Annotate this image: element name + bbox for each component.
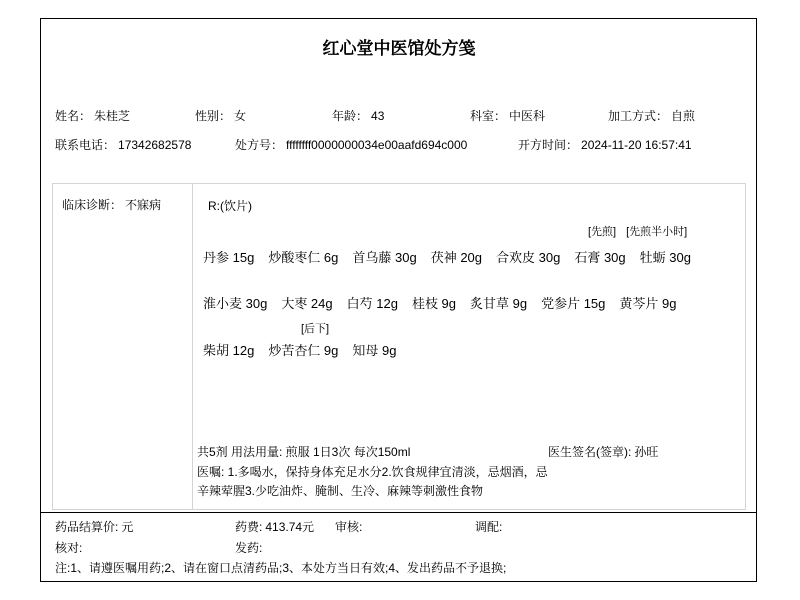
medicine-item: 石膏 30g (574, 250, 625, 265)
rx-header: R:(饮片) (208, 197, 252, 214)
field-settlement-price: 药品结算价:元 (55, 518, 133, 535)
medicine-item: 桂枝 9g (412, 296, 456, 311)
doctor-sign-value: 孙旺 (634, 445, 658, 459)
field-dispense: 发药: (235, 539, 262, 556)
field-diagnosis: 临床诊断：不寐病 (62, 196, 161, 213)
field-department: 科室：中医科 (470, 107, 545, 124)
medical-advice-line-2: 辛辣荤腥3.少吃油炸、腌制、生冷、麻辣等刺激性食物 (197, 482, 483, 499)
field-age: 年龄：43 (332, 107, 384, 124)
medicine-item: 知母 9g (352, 343, 396, 358)
age-value: 43 (371, 109, 384, 123)
field-fee: 药费:413.74元 (235, 518, 314, 535)
field-gender: 性别：女 (195, 107, 246, 124)
medicine-item: 炒酸枣仁 6g (268, 250, 338, 265)
diagnosis-value: 不寐病 (125, 198, 161, 212)
age-label: 年龄： (332, 109, 368, 123)
medicine-item: 大枣 24g (281, 296, 332, 311)
fee-value: 413.74元 (265, 520, 314, 534)
medicine-item: 牡蛎 30g (640, 250, 691, 265)
department-label: 科室： (470, 109, 506, 123)
prescription-box: 临床诊断：不寐病 R:(饮片) [先煎][先煎半小时] 丹参 15g炒酸枣仁 6… (52, 183, 746, 510)
field-patient-name: 姓名：朱桂芝 (55, 107, 130, 124)
page-title: 红心堂中医馆处方笺 (41, 34, 757, 59)
processing-label: 加工方式： (608, 109, 668, 123)
patient-name-label: 姓名： (55, 109, 91, 123)
medicine-item: 首乌藤 30g (352, 250, 416, 265)
medicine-item: 合欢皮 30g (496, 250, 560, 265)
medicine-item: 丹参 15g (203, 250, 254, 265)
fee-label: 药费: (235, 520, 262, 534)
field-rx-number: 处方号：ffffffff0000000034e00aafd694c000 (235, 136, 467, 153)
gender-value: 女 (234, 109, 246, 123)
medicine-item: 柴胡 12g (203, 343, 254, 358)
field-processing: 加工方式：自煎 (608, 107, 695, 124)
medicine-line-2: 淮小麦 30g大枣 24g白芍 12g桂枝 9g炙甘草 9g党参片 15g黄芩片… (203, 293, 690, 312)
medicine-item: 黄芩片 9g (619, 296, 676, 311)
medicine-item: 白芍 12g (347, 296, 398, 311)
field-check: 核对: (55, 539, 82, 556)
field-doctor-sign: 医生签名(签章):孙旺 (548, 443, 658, 460)
field-phone: 联系电话：17342682578 (55, 136, 191, 153)
settlement-value: 元 (121, 520, 133, 534)
field-issue-time: 开方时间：2024-11-20 16:57:41 (518, 136, 692, 153)
field-review: 审核: (335, 518, 362, 535)
footer-note: 注:1、请遵医嘱用药;2、请在窗口点清药品;3、本处方当日有效;4、发出药品不予… (55, 559, 506, 576)
decoction-note-houxia: [后下] (301, 320, 329, 336)
medicine-item: 淮小麦 30g (203, 296, 267, 311)
decoction-notes: [先煎][先煎半小时] (588, 223, 687, 239)
medicine-item: 炒苦杏仁 9g (268, 343, 338, 358)
gender-label: 性别： (195, 109, 231, 123)
processing-value: 自煎 (671, 109, 695, 123)
issue-time-label: 开方时间： (518, 138, 578, 152)
medicine-item: 党参片 15g (541, 296, 605, 311)
diagnosis-cell: 临床诊断：不寐病 (53, 184, 193, 509)
doctor-sign-label: 医生签名(签章): (548, 445, 631, 459)
diagnosis-label: 临床诊断： (62, 198, 122, 212)
department-value: 中医科 (509, 109, 545, 123)
medicine-item: 茯神 20g (431, 250, 482, 265)
medicine-item: 炙甘草 9g (470, 296, 527, 311)
usage-instructions: 共5剂 用法用量: 煎服 1日3次 每次150ml (197, 443, 410, 460)
settlement-label: 药品结算价: (55, 520, 118, 534)
issue-time-value: 2024-11-20 16:57:41 (581, 138, 692, 152)
patient-name-value: 朱桂芝 (94, 109, 130, 123)
decoction-tag: [先煎半小时] (626, 223, 687, 239)
phone-label: 联系电话： (55, 138, 115, 152)
phone-value: 17342682578 (118, 138, 191, 152)
rx-number-label: 处方号： (235, 138, 283, 152)
footer-separator (41, 512, 757, 513)
medicine-line-3: 柴胡 12g炒苦杏仁 9g知母 9g (203, 340, 410, 359)
decoction-tag: [先煎] (588, 223, 616, 239)
field-prepare: 调配: (475, 518, 502, 535)
medicine-line-1: 丹参 15g炒酸枣仁 6g首乌藤 30g茯神 20g合欢皮 30g石膏 30g牡… (203, 247, 705, 266)
medical-advice-line-1: 医嘱: 1.多喝水，保持身体充足水分2.饮食规律宜清淡，忌烟酒，忌 (197, 463, 548, 480)
prescription-page: 红心堂中医馆处方笺 姓名：朱桂芝 性别：女 年龄：43 科室：中医科 加工方式：… (0, 0, 800, 600)
rx-number-value: ffffffff0000000034e00aafd694c000 (286, 138, 467, 152)
